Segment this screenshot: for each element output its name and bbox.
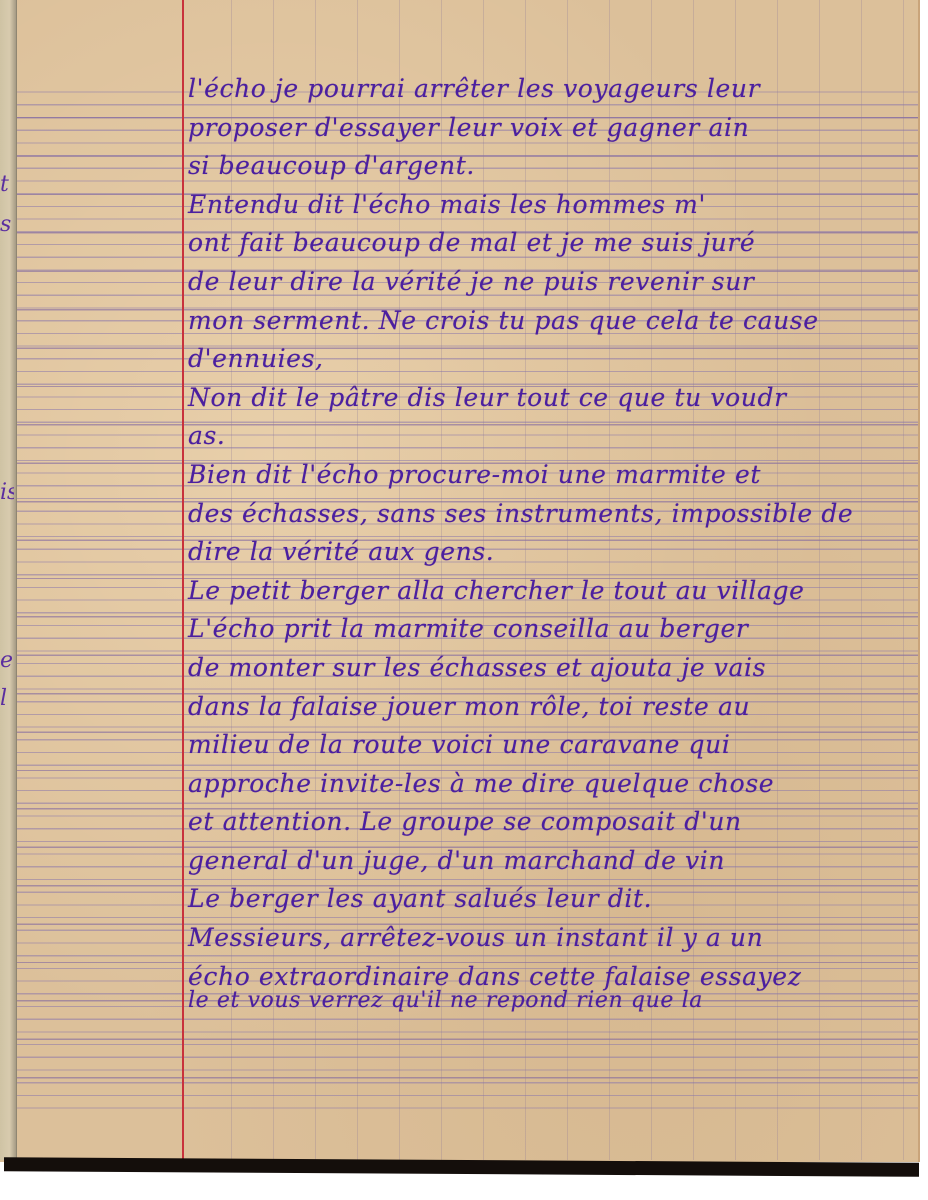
text-line: d'ennuies, bbox=[184, 340, 914, 379]
text-line: Le petit berger alla chercher le tout au… bbox=[184, 572, 914, 611]
text-line: proposer d'essayer leur voix et gagner a… bbox=[184, 109, 914, 148]
handwritten-text: l'écho je pourrai arrêter les voyageurs … bbox=[184, 70, 914, 1012]
text-line: Bien dit l'écho procure-moi une marmite … bbox=[184, 456, 914, 495]
text-line: Le berger les ayant salués leur dit. bbox=[184, 880, 914, 919]
text-line: dans la falaise jouer mon rôle, toi rest… bbox=[184, 688, 914, 727]
text-line: le et vous verrez qu'il ne repond rien q… bbox=[184, 990, 914, 1012]
text-line: si beaucoup d'argent. bbox=[184, 147, 914, 186]
prev-page-letter: s bbox=[0, 212, 14, 237]
prev-page-letter: l bbox=[0, 686, 14, 711]
previous-page-edge: t s is e l bbox=[0, 0, 17, 1160]
prev-page-letter: e bbox=[0, 648, 14, 673]
text-line: Non dit le pâtre dis leur tout ce que tu… bbox=[184, 379, 914, 418]
prev-page-letter: t bbox=[0, 172, 14, 197]
text-line: L'écho prit la marmite conseilla au berg… bbox=[184, 610, 914, 649]
text-line: des échasses, sans ses instruments, impo… bbox=[184, 495, 914, 534]
text-line: mon serment. Ne crois tu pas que cela te… bbox=[184, 302, 914, 341]
text-line: milieu de la route voici une caravane qu… bbox=[184, 726, 914, 765]
text-line: approche invite-les à me dire quelque ch… bbox=[184, 765, 914, 804]
prev-page-letter: is bbox=[0, 480, 14, 505]
text-line: ont fait beaucoup de mal et je me suis j… bbox=[184, 224, 914, 263]
text-line: de leur dire la vérité je ne puis reveni… bbox=[184, 263, 914, 302]
text-line: de monter sur les échasses et ajouta je … bbox=[184, 649, 914, 688]
text-line: l'écho je pourrai arrêter les voyageurs … bbox=[184, 70, 914, 109]
text-line: general d'un juge, d'un marchand de vin bbox=[184, 842, 914, 881]
text-line: as. bbox=[184, 417, 914, 456]
text-line: et attention. Le groupe se composait d'u… bbox=[184, 803, 914, 842]
text-line: Messieurs, arrêtez-vous un instant il y … bbox=[184, 919, 914, 958]
text-line: dire la vérité aux gens. bbox=[184, 533, 914, 572]
text-line: Entendu dit l'écho mais les hommes m' bbox=[184, 186, 914, 225]
notebook-page: t s is e l l'écho je pourrai arrêter les… bbox=[0, 0, 920, 1162]
